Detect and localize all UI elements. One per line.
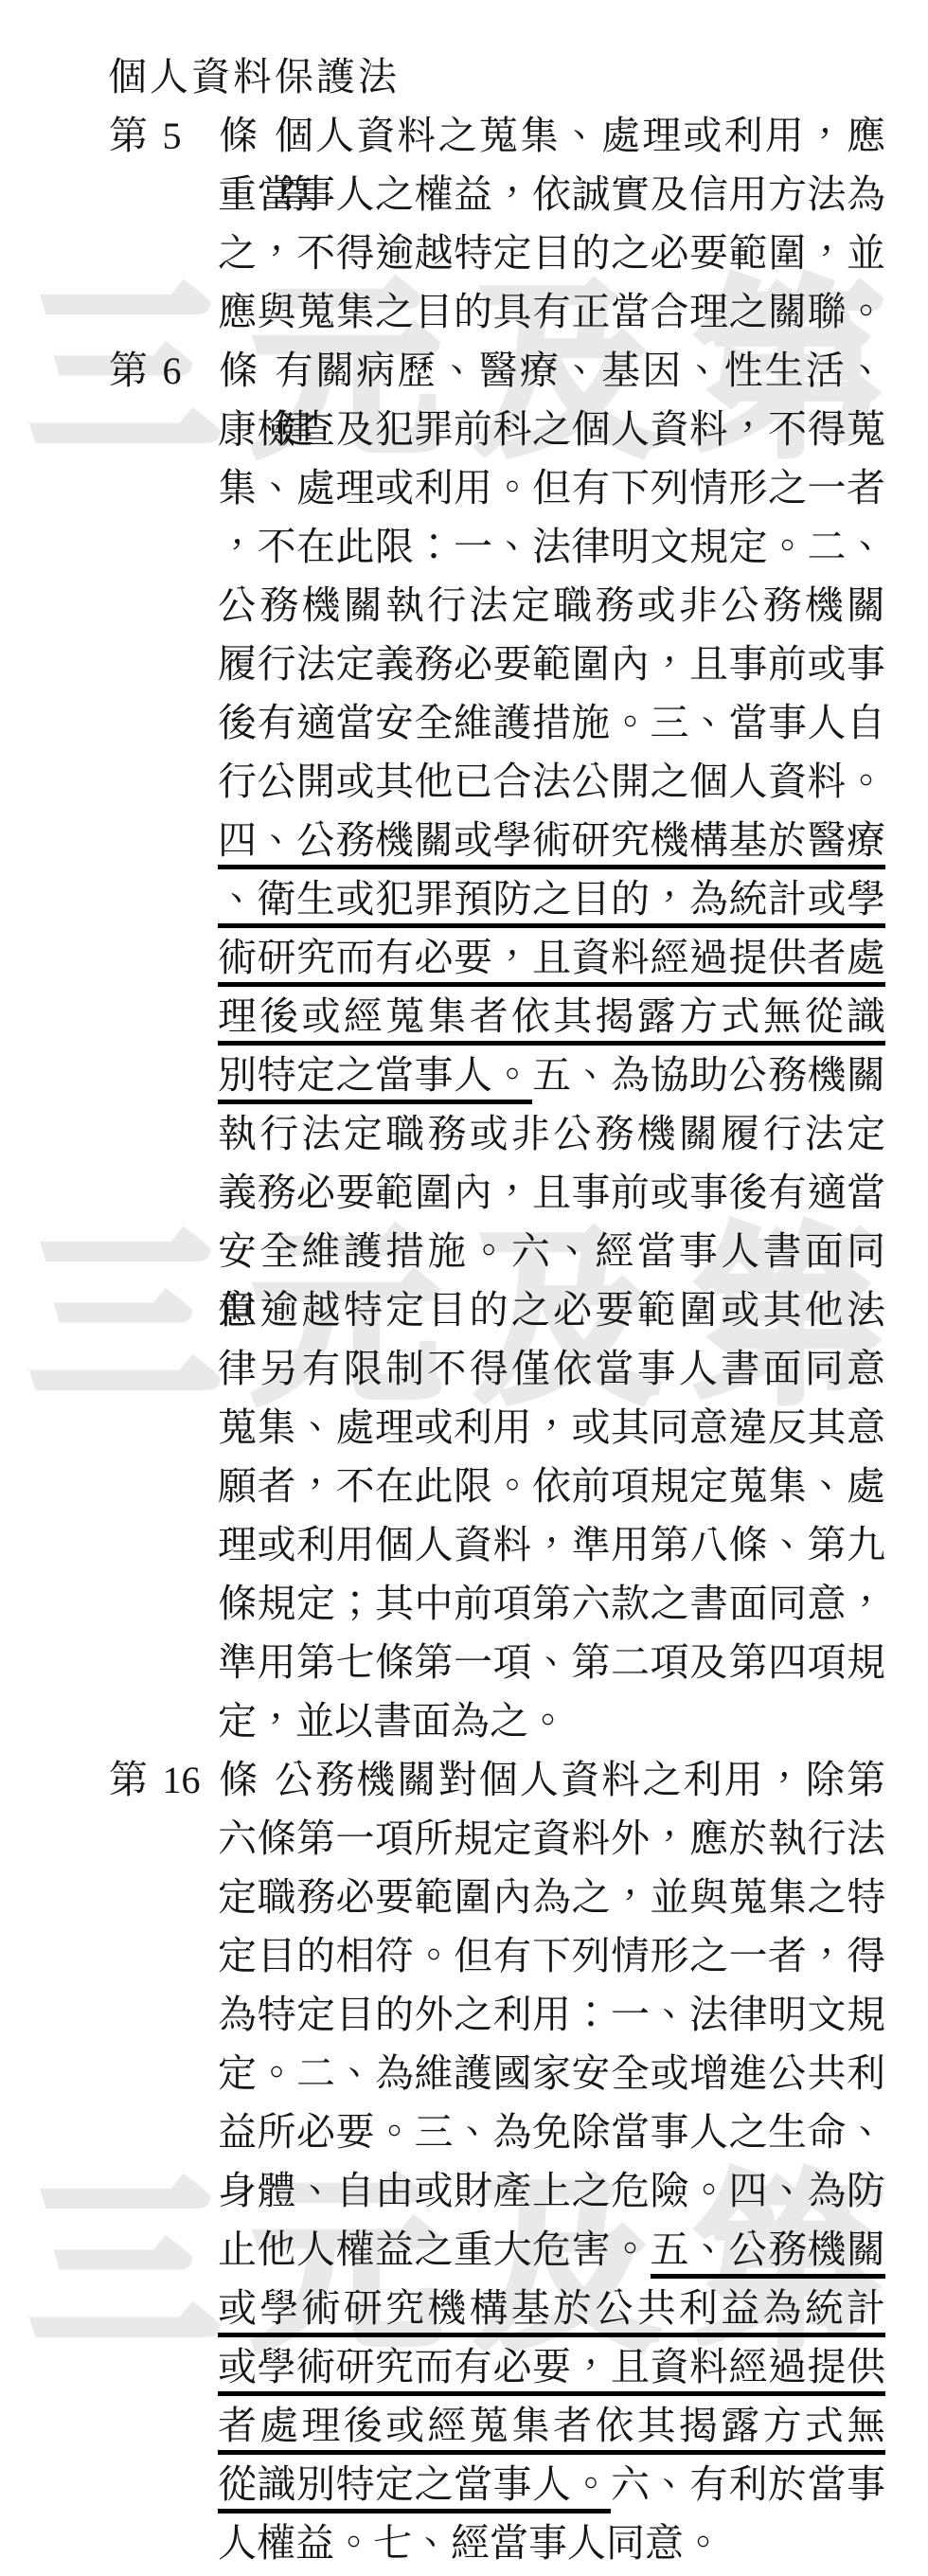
text-line: 義務必要範圍內，且事前或事後有適當 — [218, 1163, 885, 1222]
text-line: 者處理後或經蒐集者依其揭露方式無 — [218, 2396, 885, 2455]
text-line: 理後或經蒐集者依其揭露方式無從識 — [218, 987, 885, 1046]
text-segment: 行公開或其他已合法公開之個人資料。 — [218, 760, 885, 803]
text-segment: 六條第一項所規定資料外，應於執行法 — [218, 1816, 885, 1860]
article: 第6條有關病歷、醫療、基因、性生活、健康檢查及犯罪前科之個人資料，不得蒐集、處理… — [109, 341, 885, 1750]
article: 第16條公務機關對個人資料之利用，除第六條第一項所規定資料外，應於執行法定職務必… — [109, 1750, 885, 2572]
text-line: 第16條公務機關對個人資料之利用，除第 — [109, 1750, 885, 1809]
text-line: 理或利用個人資料，準用第八條、第九 — [218, 1515, 885, 1574]
text-segment: 公務機關對個人資料之利用，除第 — [275, 1758, 885, 1801]
text-segment: 人權益。七、經當事人同意。 — [218, 2521, 723, 2565]
text-line: 後有適當安全維護措施。三、當事人自 — [218, 693, 885, 752]
text-line: 術研究而有必要，且資料經過提供者處 — [218, 928, 885, 987]
underlined-text: 從識別特定之當事人。 — [218, 2462, 611, 2513]
text-line: 執行法定職務或非公務機關履行法定 — [218, 1104, 885, 1163]
text-line: 行公開或其他已合法公開之個人資料。 — [218, 752, 885, 811]
text-segment: 定。二、為維護國家安全或增進公共利 — [218, 2051, 885, 2095]
text-segment: 定職務必要範圍內為之，並與蒐集之特 — [218, 1875, 885, 1919]
underlined-text: 或學術研究而有必要，且資料經過提供 — [218, 2345, 885, 2396]
text-line: 益所必要。三、為免除當事人之生命、 — [218, 2102, 885, 2161]
text-line: 、衛生或犯罪預防之目的，為統計或學 — [218, 869, 885, 928]
article-number: 第5條 — [109, 106, 275, 165]
text-line: ，不在此限：一、法律明文規定。二、 — [218, 517, 885, 576]
text-segment: 準用第七條第一項、第二項及第四項規 — [218, 1640, 885, 1684]
text-segment: 後有適當安全維護措施。三、當事人自 — [218, 701, 885, 744]
article-number: 第16條 — [109, 1750, 275, 1809]
text-line: 蒐集、處理或利用，或其同意違反其意 — [218, 1398, 885, 1457]
text-line: 從識別特定之當事人。六、有利於當事 — [218, 2455, 885, 2513]
text-segment: 願者，不在此限。依前項規定蒐集、處 — [218, 1464, 885, 1508]
text-line: 之，不得逾越特定目的之必要範圍，並 — [218, 224, 885, 282]
text-line: 安全維護措施。六、經當事人書面同意。 — [218, 1222, 885, 1280]
article-number-part: 條 — [219, 106, 258, 165]
text-segment: 重當事人之權益，依誠實及信用方法為 — [218, 172, 885, 216]
article-first-line-text: 個人資料之蒐集、處理或利用，應尊 — [275, 106, 885, 165]
text-line: 應與蒐集之目的具有正當合理之關聯。 — [218, 282, 885, 341]
text-line: 願者，不在此限。依前項規定蒐集、處 — [218, 1457, 885, 1515]
text-segment: 康檢查及犯罪前科之個人資料，不得蒐 — [218, 407, 885, 451]
text-line: 別特定之當事人。五、為協助公務機關 — [218, 1046, 885, 1104]
text-line: 康檢查及犯罪前科之個人資料，不得蒐 — [218, 400, 885, 458]
text-line: 六條第一項所規定資料外，應於執行法 — [218, 1809, 885, 1868]
text-line: 但逾越特定目的之必要範圍或其他法 — [218, 1280, 885, 1339]
text-line: 或學術研究機構基於公共利益為統計 — [218, 2279, 885, 2337]
text-segment: 六、有利於當事 — [611, 2462, 885, 2506]
article-number: 第6條 — [109, 341, 275, 400]
text-line: 第6條有關病歷、醫療、基因、性生活、健 — [109, 341, 885, 400]
underlined-text: 理後或經蒐集者依其揭露方式無從識 — [218, 994, 885, 1046]
article-number-part: 第 — [109, 106, 148, 165]
law-title: 個人資料保護法 — [108, 45, 400, 101]
article-number-part: 第 — [109, 341, 148, 400]
text-segment: 為特定目的外之利用：一、法律明文規 — [218, 1993, 885, 2036]
text-line: 準用第七條第一項、第二項及第四項規 — [218, 1633, 885, 1691]
text-line: 公務機關執行法定職務或非公務機關 — [218, 576, 885, 635]
text-line: 或學術研究而有必要，且資料經過提供 — [218, 2337, 885, 2396]
text-segment: 身體、自由或財產上之危險。四、為防 — [218, 2169, 885, 2212]
text-segment: 之，不得逾越特定目的之必要範圍，並 — [218, 231, 885, 275]
article-number-part: 條 — [219, 341, 258, 400]
article-number-part: 條 — [219, 1750, 258, 1809]
text-line: 定目的相符。但有下列情形之一者，得 — [218, 1926, 885, 1985]
underlined-text: 術研究而有必要，且資料經過提供者處 — [218, 936, 885, 987]
text-segment: 義務必要範圍內，且事前或事後有適當 — [218, 1171, 885, 1214]
text-line: 律另有限制不得僅依當事人書面同意 — [218, 1339, 885, 1398]
text-line: 為特定目的外之利用：一、法律明文規 — [218, 1985, 885, 2044]
underlined-text: 四、公務機關或學術研究機構基於醫療 — [218, 818, 885, 869]
text-line: 定，並以書面為之。 — [218, 1691, 885, 1750]
text-line: 定。二、為維護國家安全或增進公共利 — [218, 2044, 885, 2102]
article-number-part: 5 — [163, 107, 205, 166]
underlined-text: 別特定之當事人。 — [218, 1053, 532, 1104]
text-line: 第5條個人資料之蒐集、處理或利用，應尊 — [109, 106, 885, 165]
text-segment: 止他人權益之重大危害。 — [218, 2227, 651, 2271]
underlined-text: 者處理後或經蒐集者依其揭露方式無 — [218, 2404, 885, 2455]
text-line: 條規定；其中前項第六款之書面同意， — [218, 1574, 885, 1633]
text-line: 定職務必要範圍內為之，並與蒐集之特 — [218, 1868, 885, 1926]
text-line: 履行法定義務必要範圍內，且事前或事 — [218, 635, 885, 693]
text-segment: 蒐集、處理或利用，或其同意違反其意 — [218, 1405, 885, 1449]
text-segment: 應與蒐集之目的具有正當合理之關聯。 — [218, 290, 885, 333]
underlined-text: 、衛生或犯罪預防之目的，為統計或學 — [218, 877, 885, 928]
underlined-text: 五、公務機關 — [651, 2227, 886, 2279]
text-line: 集、處理或利用。但有下列情形之一者 — [218, 458, 885, 517]
article-number-part: 第 — [109, 1750, 148, 1809]
article-first-line-text: 公務機關對個人資料之利用，除第 — [275, 1750, 885, 1809]
text-segment: 執行法定職務或非公務機關履行法定 — [218, 1112, 885, 1155]
text-segment: 集、處理或利用。但有下列情形之一者 — [218, 466, 885, 510]
text-line: 身體、自由或財產上之危險。四、為防 — [218, 2161, 885, 2220]
text-line: 重當事人之權益，依誠實及信用方法為 — [218, 165, 885, 224]
law-body: 第5條個人資料之蒐集、處理或利用，應尊重當事人之權益，依誠實及信用方法為之，不得… — [109, 106, 885, 2572]
text-segment: 律另有限制不得僅依當事人書面同意 — [218, 1347, 885, 1390]
text-segment: 條規定；其中前項第六款之書面同意， — [218, 1582, 885, 1625]
text-line: 四、公務機關或學術研究機構基於醫療 — [218, 811, 885, 869]
text-segment: 定，並以書面為之。 — [218, 1699, 567, 1743]
underlined-text: 或學術研究機構基於公共利益為統計 — [218, 2286, 885, 2337]
text-line: 止他人權益之重大危害。五、公務機關 — [218, 2220, 885, 2279]
article-number-part: 16 — [163, 1751, 205, 1810]
article-number-part: 6 — [163, 342, 205, 401]
text-segment: 定目的相符。但有下列情形之一者，得 — [218, 1934, 885, 1977]
scanned-law-page: 三元及第三元及第三元及第 個人資料保護法 第5條個人資料之蒐集、處理或利用，應尊… — [0, 0, 928, 2576]
text-segment: 履行法定義務必要範圍內，且事前或事 — [218, 642, 885, 686]
text-line: 人權益。七、經當事人同意。 — [218, 2513, 885, 2572]
text-segment: 公務機關執行法定職務或非公務機關 — [218, 583, 885, 627]
article: 第5條個人資料之蒐集、處理或利用，應尊重當事人之權益，依誠實及信用方法為之，不得… — [109, 106, 885, 341]
text-segment: 益所必要。三、為免除當事人之生命、 — [218, 2110, 885, 2154]
text-segment: 理或利用個人資料，準用第八條、第九 — [218, 1523, 885, 1566]
text-segment: 五、為協助公務機關 — [532, 1053, 885, 1097]
article-first-line-text: 有關病歷、醫療、基因、性生活、健 — [275, 341, 885, 400]
text-segment: 但逾越特定目的之必要範圍或其他法 — [218, 1288, 885, 1332]
text-segment: ，不在此限：一、法律明文規定。二、 — [218, 525, 885, 568]
